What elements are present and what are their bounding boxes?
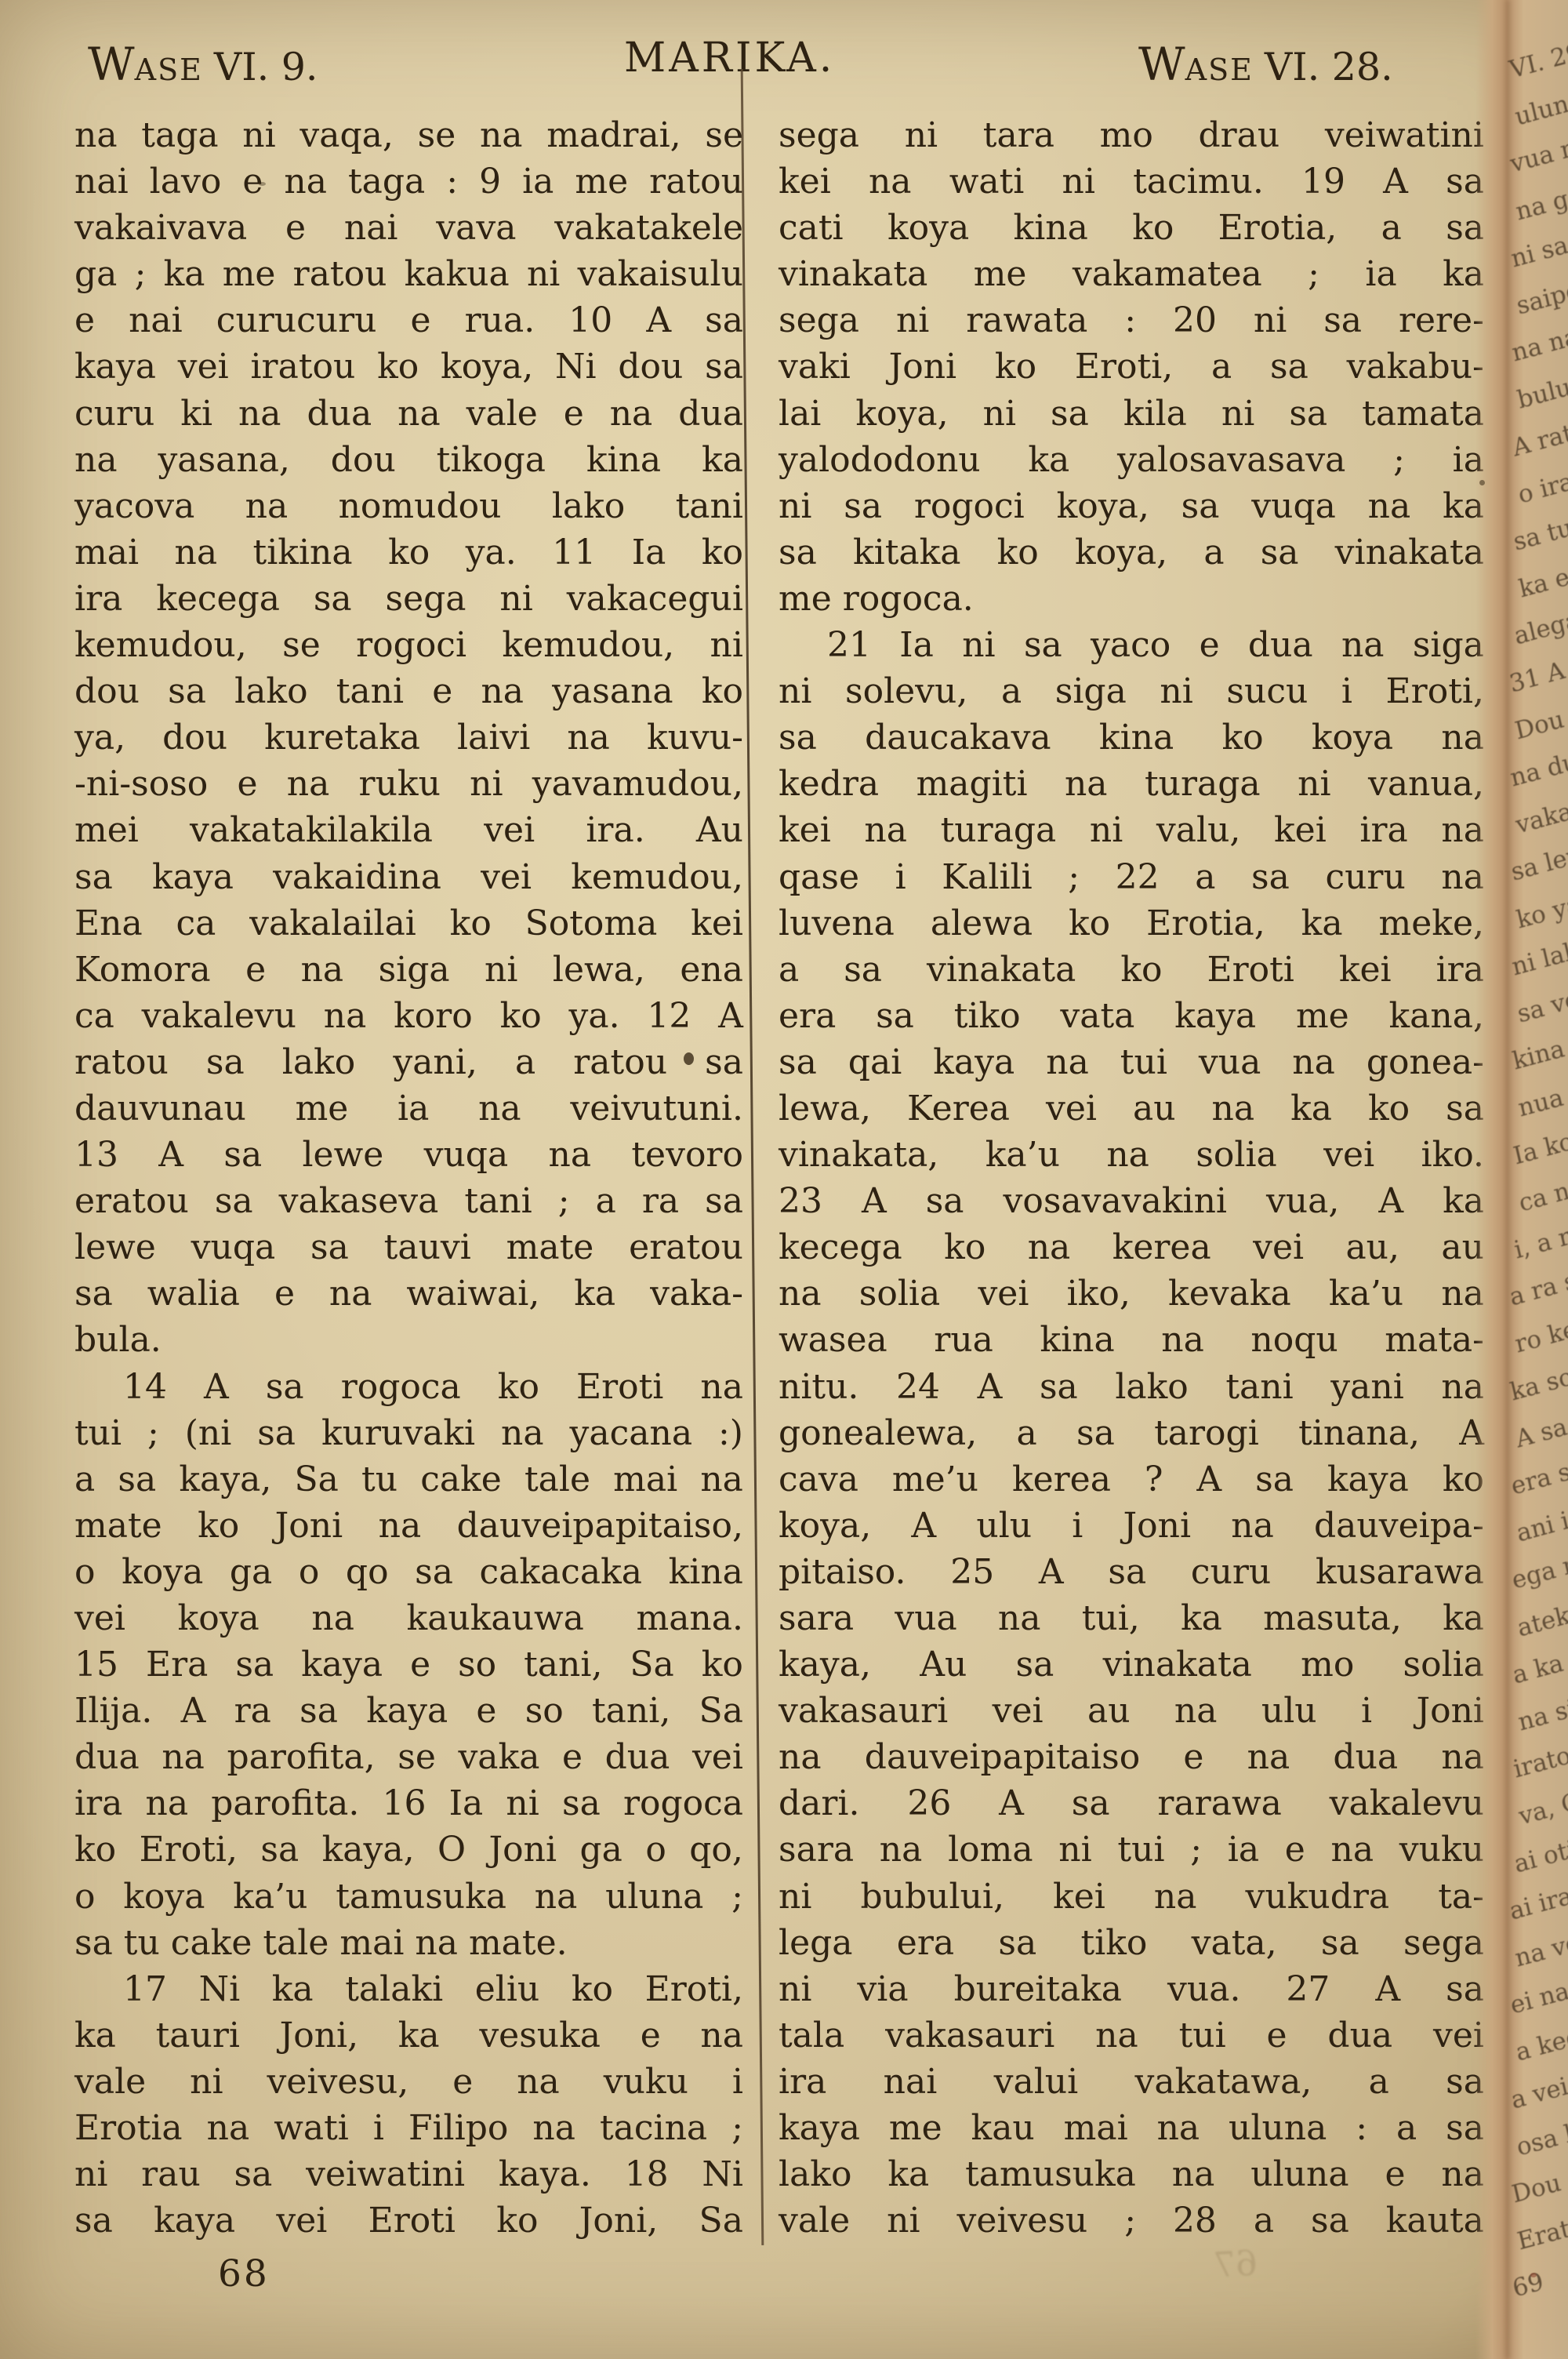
text-line: yacovananomudoulakotani: [74, 483, 743, 529]
ink-speck: [1479, 480, 1485, 485]
edge-text-fragment: nua lala.: [1515, 1068, 1568, 1123]
running-head-right: WASEVI. 28.: [1138, 38, 1393, 91]
text-line: koEroti,sakaya,OJonigaoqo,: [74, 1826, 743, 1873]
text-column-right: seganitaramodrauveiwatinikeinawatinitaci…: [779, 112, 1484, 2244]
text-line: sawaliaenawaiwai,kavaka-: [74, 1270, 743, 1317]
text-line: pitaiso.25Asacurukusarawa: [779, 1549, 1484, 1595]
text-line: nadauveipapitaisoenaduana: [779, 1734, 1484, 1780]
running-head-left: WASEVI. 9.: [88, 38, 318, 91]
text-line: nayasana,doutikogakinaka: [74, 437, 743, 483]
text-line: lakokatamusukanaulunaena: [779, 2151, 1484, 2197]
ink-speck: [684, 1052, 694, 1065]
text-column-left: nataganivaqa,senamadrai,senailavoenataga…: [74, 112, 743, 2244]
edge-text-fragment: atekivu: [1515, 1591, 1568, 1642]
edge-text-fragment: ca ni: [1516, 1175, 1568, 1218]
edge-text-fragment: era sa le: [1508, 1446, 1568, 1501]
text-line: nirausaveiwatinikaya.18Ni: [74, 2151, 743, 2197]
text-line: matekoJoninadauveipapitaiso,: [74, 1503, 743, 1549]
text-line: nibubului,keinavukudrata-: [779, 1874, 1484, 1920]
edge-text-fragment: ka erato: [1516, 550, 1568, 604]
text-line: catikoyakinakoErotia,asa: [779, 205, 1484, 251]
edge-text-fragment: kina vaka: [1510, 1018, 1568, 1076]
text-line: tui;(nisakuruvakinayacana:): [74, 1410, 743, 1456]
next-page-fore-edge: VI. 29.uluna evua nana goneni sa rogsaip…: [1475, 0, 1568, 2359]
text-line: nitu.24Asalakotaniyanina: [779, 1364, 1484, 1410]
edge-text-fragment: A sa lako: [1513, 1397, 1568, 1453]
text-line: qaseiKalili;22asacuruna: [779, 854, 1484, 900]
edge-text-fragment: VI. 29.: [1507, 36, 1568, 85]
edge-text-fragment: na dua: [1508, 743, 1568, 793]
edge-text-fragment: 31 A s: [1507, 651, 1568, 698]
edge-text-fragment: sa tukun: [1511, 501, 1568, 556]
edge-text-fragment: o iratou: [1515, 456, 1568, 509]
edge-text-fragment: 69: [1510, 2268, 1546, 2303]
edge-text-fragment: ai oti na: [1512, 1825, 1568, 1878]
text-line: lewa,Kereaveiaunakakosa: [779, 1085, 1484, 1132]
text-line: 17NikatalakieliukoEroti,: [74, 1966, 743, 2012]
edge-text-fragment: iratou n: [1511, 1732, 1568, 1784]
text-line: kayaveiiratoukokoya,Nidousa: [74, 343, 743, 390]
text-line: kecegakonakereaveiau,au: [779, 1224, 1484, 1270]
text-line: vakasauriveiaunauluiJoni: [779, 1688, 1484, 1734]
text-line: niviabureitakavua.27Asa: [779, 1966, 1484, 2012]
text-line: kemudou,serogocikemudou,ni: [74, 622, 743, 668]
text-line: 21Ianisayacoeduanasiga: [779, 622, 1484, 668]
text-line: saranalomanitui;iaenavuku: [779, 1826, 1484, 1873]
text-line: asavinakatakoErotikeiira: [779, 947, 1484, 993]
text-line: sakayavakaidinaveikemudou,: [74, 854, 743, 900]
edge-text-fragment: ei na veik: [1508, 1962, 1568, 2020]
text-line: gonealewa,asatarogitinana,A: [779, 1410, 1484, 1456]
text-line: sadaucakavakinakokoyana: [779, 714, 1484, 761]
running-head-left-smallcaps: ASE: [135, 53, 203, 87]
book-page: WASEVI. 9. MARIKA. WASEVI. 28. nataganiv…: [0, 0, 1568, 2359]
page-number: 68: [218, 2252, 270, 2295]
text-line: curukinaduanavaleenadua: [74, 391, 743, 437]
edge-text-fragment: Dou solia: [1509, 2152, 1568, 2209]
text-line: lewevuqasatauvimateeratou: [74, 1224, 743, 1270]
ink-speck: [1530, 2273, 1537, 2277]
text-line: EnacavakalailaikoSotomakei: [74, 900, 743, 947]
running-head-title: MARIKA.: [624, 35, 835, 82]
edge-text-fragment: a vei ira: [1508, 2061, 1568, 2114]
text-line: eratousavakasevatani;arasa: [74, 1178, 743, 1224]
edge-text-fragment: bulubulu.: [1515, 357, 1568, 415]
text-line: 23Asavosavavakinivua,Aka: [779, 1178, 1484, 1224]
text-line: vakiJonikoEroti,asavakabu-: [779, 343, 1484, 390]
text-line: erasatikovatakayamekana,: [779, 993, 1484, 1039]
text-line: wasearuakinananoqumata-: [779, 1317, 1484, 1363]
text-line: dari.26Asararawavakalevu: [779, 1780, 1484, 1826]
edge-text-fragment: na na yag: [1509, 309, 1568, 368]
edge-text-fragment: a kedra: [1513, 2016, 1568, 2067]
text-line: vinakata,ka’unasoliaveiiko.: [779, 1132, 1484, 1178]
edge-text-fragment: na gone: [1513, 173, 1568, 226]
text-line: sakitakakokoya,asavinakata: [779, 529, 1484, 576]
text-line: ya,doukuretakalaivinakuvu-: [74, 714, 743, 761]
text-line: sakayaveiErotikoJoni,Sa: [74, 2197, 743, 2244]
edge-text-fragment: ro kece: [1512, 1308, 1568, 1359]
text-line: sa tu cake tale mai na mate.: [74, 1920, 743, 1966]
text-line: okoyaka’utamusukanauluna;: [74, 1874, 743, 1920]
text-line: nailavoenataga:9iameratou: [74, 158, 743, 205]
text-line: nisarogocikoya,savuqanaka: [779, 483, 1484, 529]
edge-text-fragment: vakacegu: [1513, 782, 1568, 840]
edge-text-fragment: na veiyas: [1512, 1916, 1568, 1973]
running-head-left-initial: W: [88, 38, 135, 91]
text-line: seganirawata:20nisarere-: [779, 297, 1484, 343]
text-line: vakaivavaenaivavavakatakele: [74, 205, 743, 251]
text-line: dauvunaumeianaveivutuni.: [74, 1085, 743, 1132]
edge-text-fragment: ko yani.: [1514, 881, 1568, 934]
text-line: okoyagaoqosacakacakakina: [74, 1549, 743, 1595]
text-line: duanaparofita,sevakaeduavei: [74, 1734, 743, 1780]
text-line: veikoyanakaukauwamana.: [74, 1595, 743, 1641]
text-line: keinaturaganivalu,keiirana: [779, 807, 1484, 853]
text-line: ErotianawatiiFiliponatacina;: [74, 2105, 743, 2151]
edge-text-fragment: alega er: [1512, 598, 1568, 651]
ink-speck: [259, 182, 266, 186]
running-head-right-initial: W: [1138, 38, 1185, 91]
text-line: yalododonukayalosavasava;ia: [779, 437, 1484, 483]
text-line: iranaivaluivakatawa,asa: [779, 2059, 1484, 2105]
text-line: dousalakotanienayasanako: [74, 668, 743, 714]
text-line: kedramagitinaturaganivanua,: [779, 761, 1484, 807]
edge-text-fragment: i, a ra sa: [1512, 1209, 1568, 1264]
text-line: 14AsarogocakoErotina: [74, 1364, 743, 1410]
text-line: valeniveivesu,enavukui: [74, 2059, 743, 2105]
text-line: saravuanatui,kamasuta,ka: [779, 1595, 1484, 1641]
edge-text-fragment: Dou: [1512, 705, 1566, 746]
text-line: seganitaramodrauveiwatini: [779, 112, 1484, 158]
text-line: bula.: [74, 1317, 743, 1363]
edge-text-fragment: ni lalaga: [1509, 926, 1568, 981]
text-line: cavame’ukerea?Asakayako: [779, 1456, 1484, 1503]
edge-text-fragment: ega na no: [1509, 1536, 1568, 1595]
edge-text-fragment: ani ira, n: [1514, 1492, 1568, 1548]
text-line: asakaya,Satucaketalemaina: [74, 1456, 743, 1503]
text-line: Ilija.Arasakayaesotani,Sa: [74, 1688, 743, 1734]
text-line: keinawatinitacimu.19Asa: [779, 158, 1484, 205]
text-line: saqaikayanatuivuanagonea-: [779, 1039, 1484, 1085]
text-line: 13Asalewevuqanatevoro: [74, 1132, 743, 1178]
column-divider-rule: [741, 69, 764, 2245]
edge-text-fragment: sa lewe: [1508, 835, 1568, 886]
text-line: iranaparofita.16Ianisarogoca: [74, 1780, 743, 1826]
edge-text-fragment: saipeli, e: [1514, 264, 1568, 320]
text-line: ga;kameratoukakuanivakaisulu: [74, 251, 743, 297]
text-line: kaya,Ausavinakatamosolia: [779, 1641, 1484, 1688]
edge-text-fragment: ai ira ya: [1507, 1872, 1568, 1925]
text-line: luvenaalewakoErotia,kameke,: [779, 900, 1484, 947]
edge-text-fragment: Ia ko ir: [1511, 1120, 1568, 1170]
text-line: nataganivaqa,senamadrai,se: [74, 112, 743, 158]
text-line: me rogoca.: [779, 576, 1484, 622]
text-line: Komoraenasiganilewa,ena: [74, 947, 743, 993]
text-line: laikoya,nisakilanisatamata: [779, 391, 1484, 437]
text-line: valeniveivesu;28asakauta: [779, 2197, 1484, 2244]
text-line: kayamekaumainauluna:asa: [779, 2105, 1484, 2151]
edge-text-fragment: vua na: [1508, 130, 1568, 179]
edge-text-fragment: sa vodok: [1515, 973, 1568, 1029]
bleed-through-page-number: 67: [1213, 2244, 1259, 2286]
edge-text-fragment: a ra sa: [1507, 1263, 1568, 1312]
text-line: cavakalevunakorokoya.12A: [74, 993, 743, 1039]
text-line: legaerasatikovata,sasega: [779, 1920, 1484, 1966]
text-line: koya,AuluiJoninadauveipa-: [779, 1503, 1484, 1549]
text-line: meivakatakilakilaveiira.Au: [74, 807, 743, 853]
edge-text-fragment: A ratou s: [1510, 405, 1568, 462]
text-line: talavakasaurinatuieduavei: [779, 2012, 1484, 2059]
text-line: ratousalakoyani,aratousa: [74, 1039, 743, 1085]
text-line: nisolevu,asiganisucuiEroti,: [779, 668, 1484, 714]
edge-text-fragment: ni sa rog: [1508, 218, 1568, 274]
edge-text-fragment: uluna e: [1512, 80, 1568, 131]
text-line: vinakatamevakamatea;iaka: [779, 251, 1484, 297]
text-line: katauriJoni,kavesukaena: [74, 2012, 743, 2059]
edge-text-fragment: va, O qo: [1516, 1777, 1568, 1831]
text-line: nasoliaveiiko,kevakaka’una: [779, 1270, 1484, 1317]
running-head-left-reference: VI. 9.: [214, 45, 318, 89]
running-head-right-reference: VI. 28.: [1265, 45, 1393, 89]
text-line: enaicurucuruerua.10Asa: [74, 297, 743, 343]
edge-text-fragment: a ka e vu: [1510, 1634, 1568, 1690]
text-line: -ni-sosoenarukuniyavamudou,: [74, 761, 743, 807]
text-line: mainatikinakoya.11Iako: [74, 529, 743, 576]
edge-text-fragment: ka so: [1508, 1362, 1568, 1406]
text-line: irakecegasaseganivakacegui: [74, 576, 743, 622]
running-head-right-smallcaps: ASE: [1185, 53, 1254, 87]
text-line: 15Erasakayaesotani,Sako: [74, 1641, 743, 1688]
